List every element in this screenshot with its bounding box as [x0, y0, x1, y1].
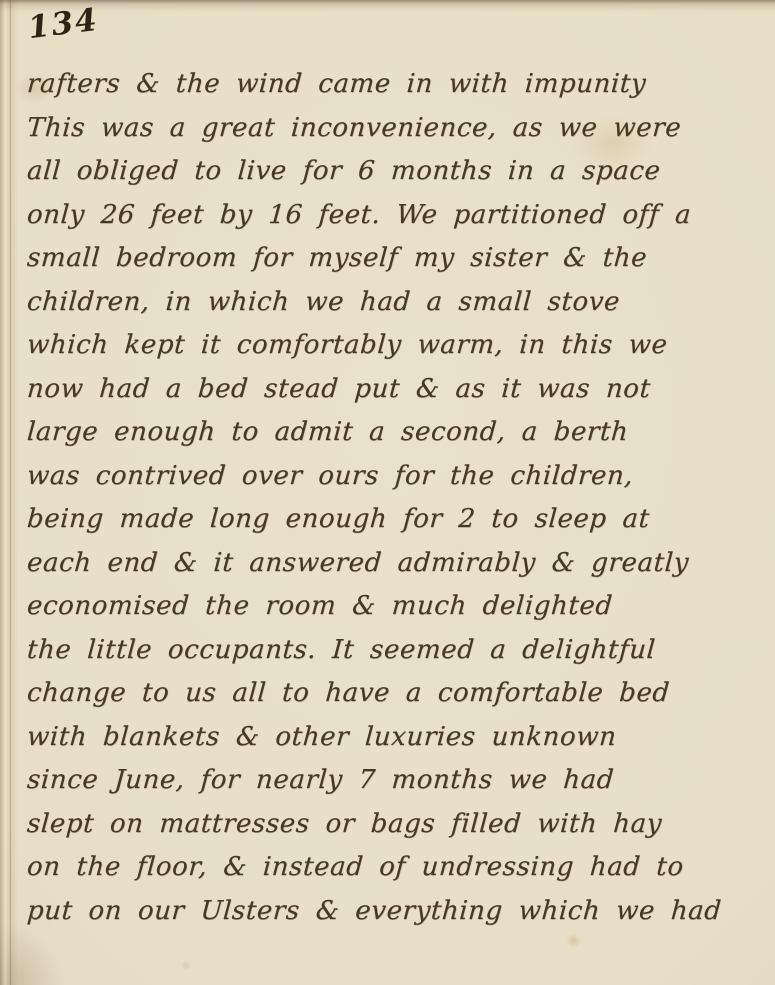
manuscript-page: 134 rafters & the wind came in with impu… [0, 0, 775, 985]
manuscript-line: on the floor, & instead of undressing ha… [25, 846, 756, 890]
manuscript-line: with blankets & other luxuries unknown [25, 716, 756, 760]
manuscript-line: change to us all to have a comfortable b… [25, 672, 756, 716]
manuscript-line: rafters & the wind came in with impunity [25, 63, 756, 107]
manuscript-line: since June, for nearly 7 months we had [25, 759, 756, 803]
manuscript-line: children, in which we had a small stove [25, 281, 756, 325]
manuscript-line: now had a bed stead put & as it was not [25, 368, 756, 412]
manuscript-text: rafters & the wind came in with impunity… [27, 63, 755, 933]
manuscript-line: being made long enough for 2 to sleep at [25, 498, 756, 542]
manuscript-line: slept on mattresses or bags filled with … [25, 803, 756, 847]
page-number: 134 [26, 2, 101, 46]
manuscript-line: economised the room & much delighted [25, 585, 756, 629]
manuscript-line: put on our Ulsters & everything which we… [25, 890, 756, 934]
manuscript-line: the little occupants. It seemed a deligh… [25, 629, 756, 673]
manuscript-line: This was a great inconvenience, as we we… [25, 107, 756, 151]
manuscript-line: all obliged to live for 6 months in a sp… [25, 150, 756, 194]
manuscript-line: small bedroom for myself my sister & the [25, 237, 756, 281]
manuscript-line: large enough to admit a second, a berth [25, 411, 756, 455]
manuscript-line: was contrived over ours for the children… [25, 455, 756, 499]
manuscript-line: only 26 feet by 16 feet. We partitioned … [25, 194, 756, 238]
manuscript-line: each end & it answered admirably & great… [25, 542, 756, 586]
manuscript-line: which kept it comfortably warm, in this … [25, 324, 756, 368]
